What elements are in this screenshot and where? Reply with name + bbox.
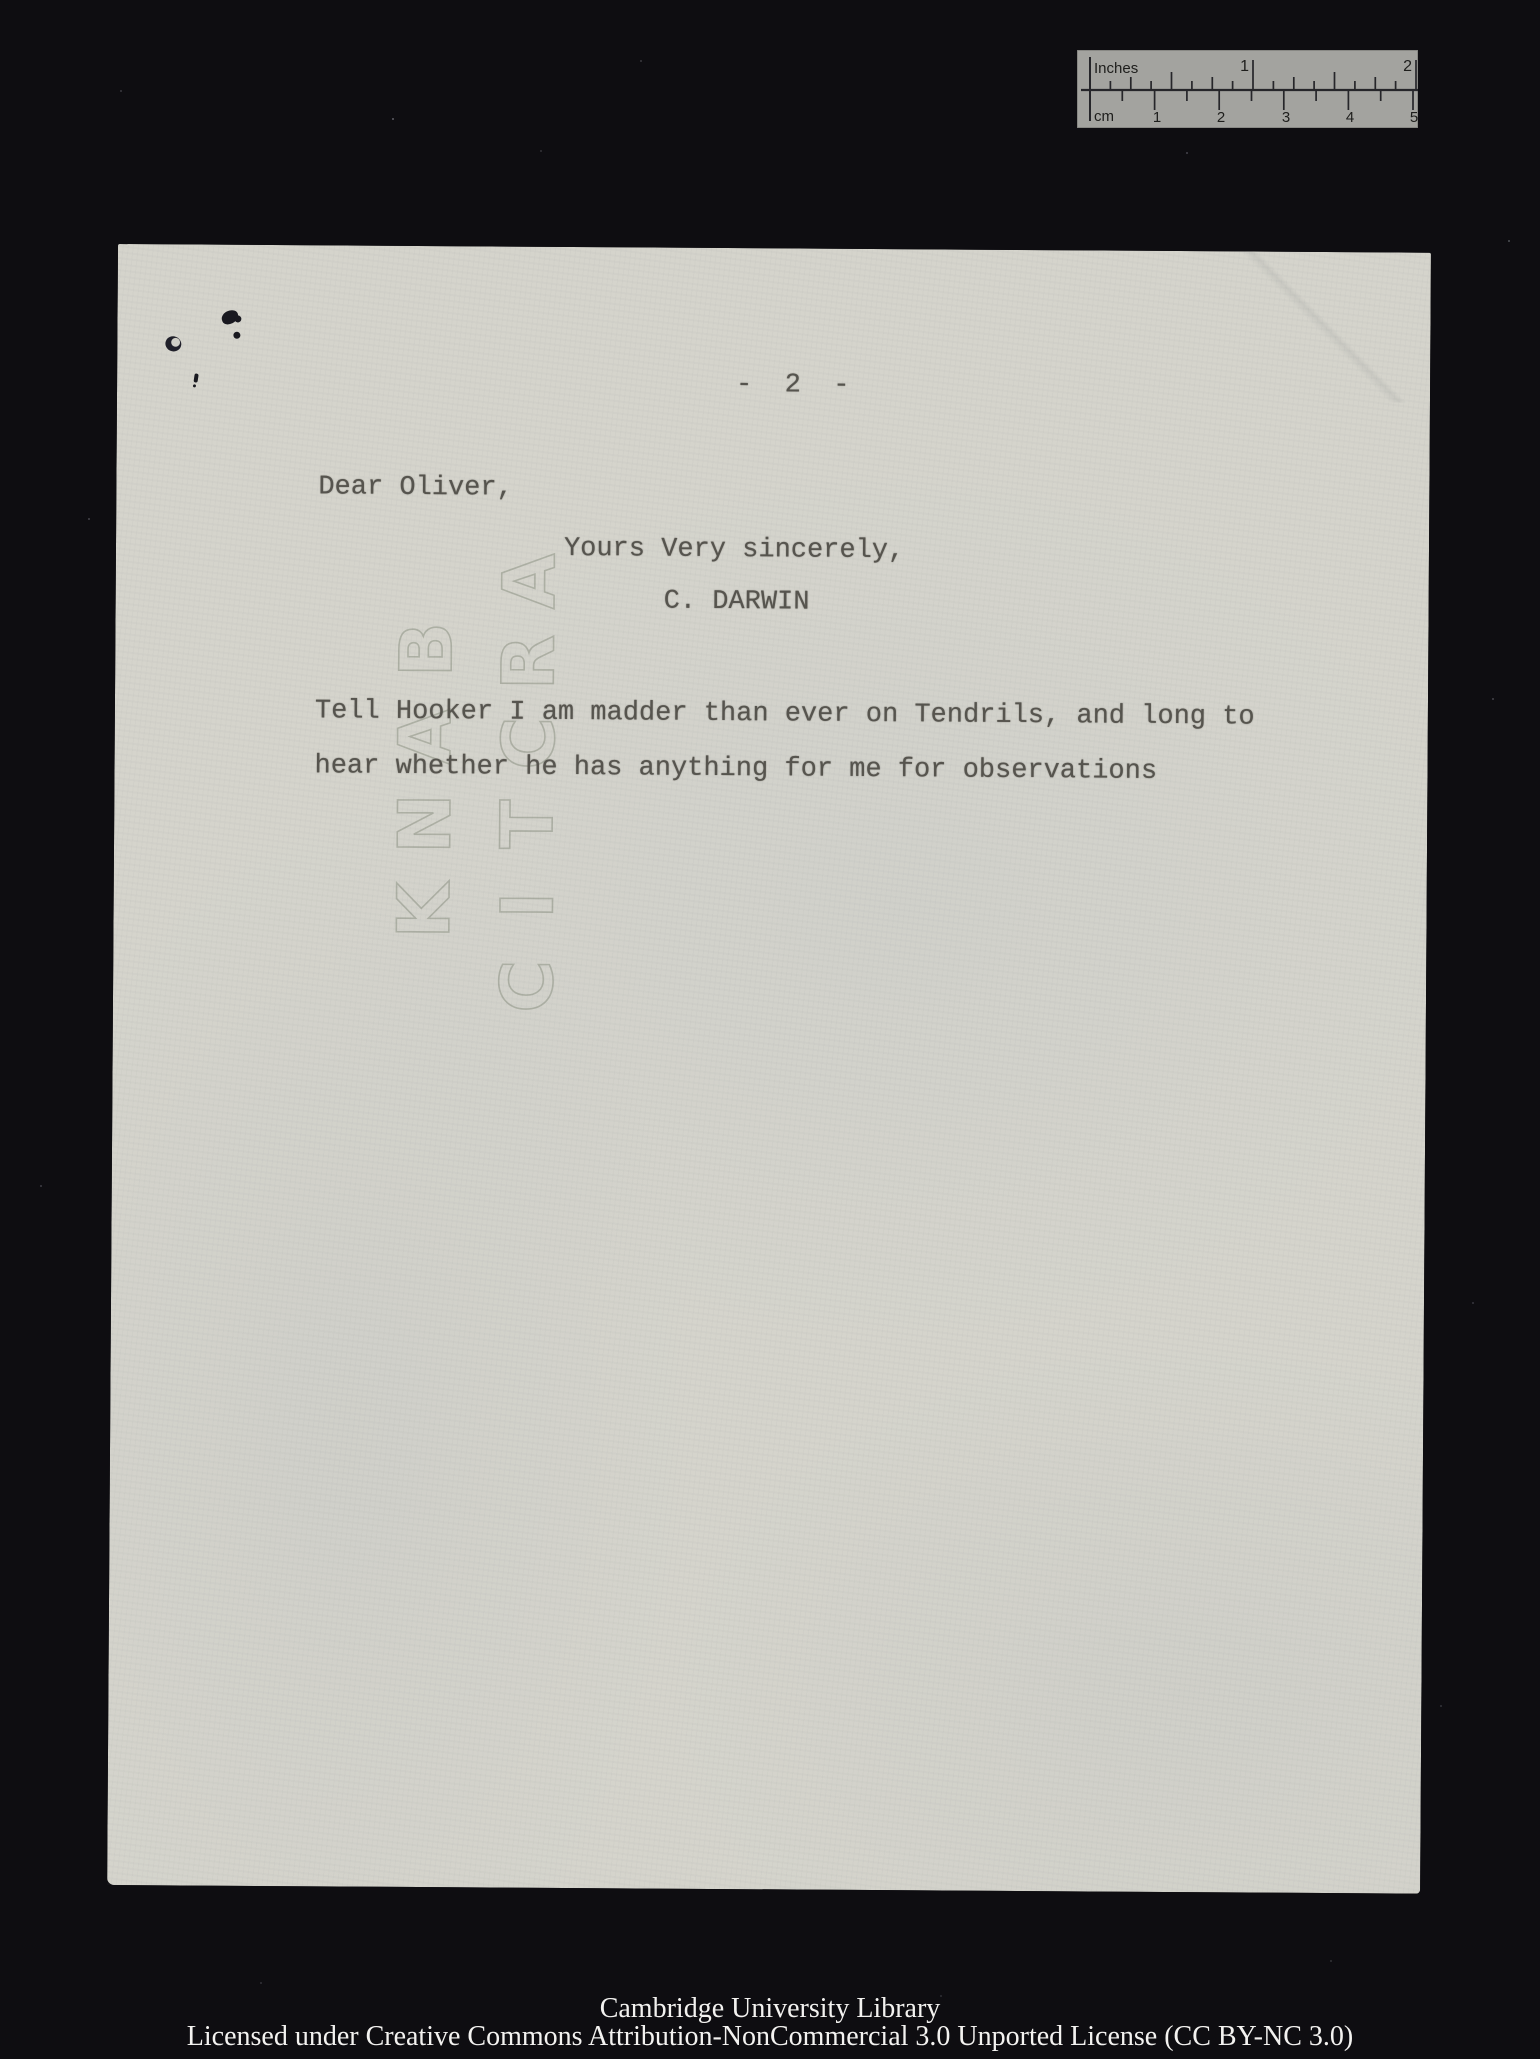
watermark-letter: C <box>486 960 567 1013</box>
cm-number-4: 4 <box>1346 109 1354 126</box>
cm-number-5: 5 <box>1410 109 1418 126</box>
cm-number-3: 3 <box>1282 109 1290 126</box>
library-name: Cambridge University Library <box>0 1995 1540 2023</box>
license-line: Licensed under Creative Commons Attribut… <box>0 2023 1540 2051</box>
inch-number-2: 2 <box>1403 58 1412 75</box>
page-number: - 2 - <box>736 372 850 400</box>
dust-speckles <box>0 0 2 2</box>
watermark-letter: A <box>489 553 570 609</box>
watermark-letter: N <box>381 793 468 854</box>
library-caption: Cambridge University Library Licensed un… <box>0 1995 1540 2050</box>
cm-number-2: 2 <box>1217 109 1225 126</box>
watermark-letter: B <box>383 622 470 677</box>
postscript-line-2: hear whether he has anything for me for … <box>314 753 1157 786</box>
ink-speck <box>233 332 240 339</box>
postscript-line-1: Tell Hooker I am madder than ever on Ten… <box>315 698 1255 731</box>
inch-number-1: 1 <box>1240 58 1249 75</box>
photo-backdrop: Inches 1 2 cm 1 2 3 4 5 A R C T I C B A … <box>0 0 1540 2059</box>
ink-speck <box>220 308 240 326</box>
watermark-arctic: A R C T I C <box>481 540 576 1027</box>
closing-line: Yours Very sincerely, <box>564 536 904 565</box>
watermark-letter: K <box>381 882 468 938</box>
cm-label: cm <box>1094 108 1114 125</box>
ink-speck <box>163 334 183 354</box>
scale-bar-graphic: Inches 1 2 cm 1 2 3 4 5 <box>1077 50 1418 128</box>
signature: C. DARWIN <box>664 589 810 617</box>
corner-crease <box>1220 251 1431 402</box>
salutation: Dear Oliver, <box>318 474 513 502</box>
letter-page: A R C T I C B A N K - 2 - Dear Oliver, Y… <box>107 244 1431 1894</box>
cm-number-1: 1 <box>1153 109 1161 126</box>
inches-label: Inches <box>1094 60 1138 77</box>
watermark-letter: T <box>487 799 568 849</box>
ink-speck <box>193 373 198 382</box>
watermark-letter: I <box>487 892 568 919</box>
scale-bar: Inches 1 2 cm 1 2 3 4 5 <box>1077 50 1418 128</box>
watermark-letter: R <box>489 634 570 690</box>
